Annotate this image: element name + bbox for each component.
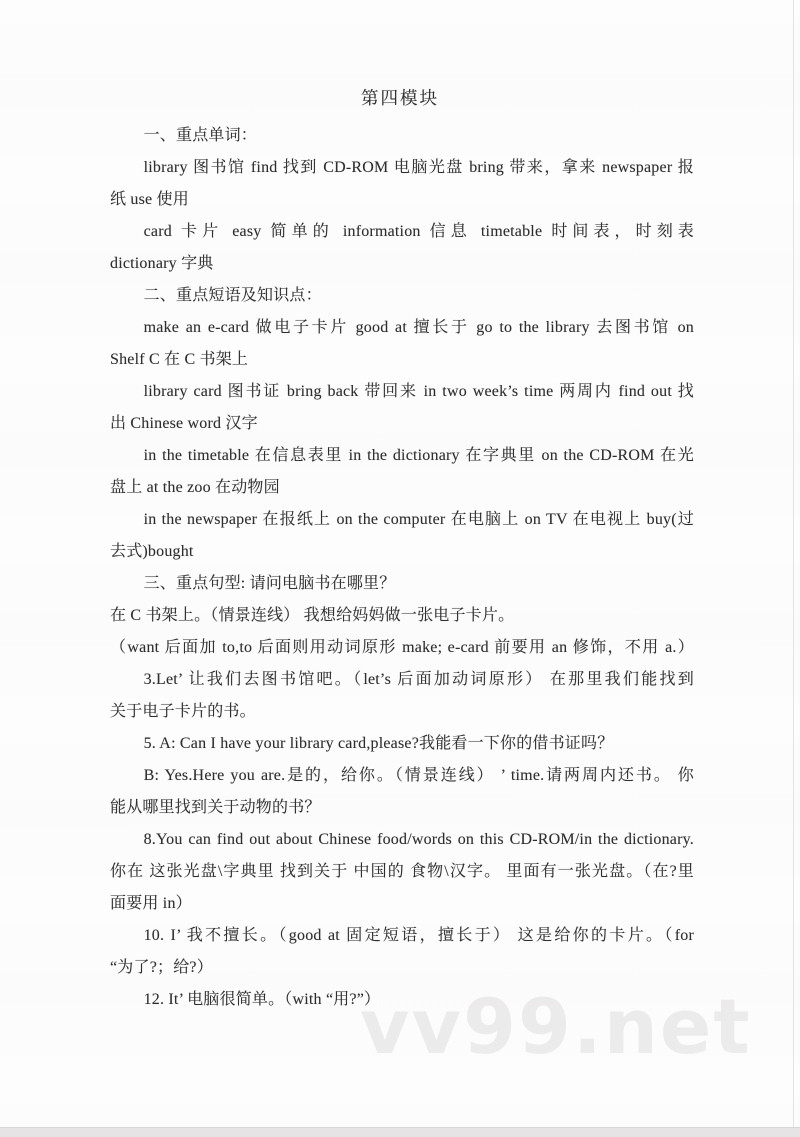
page-bottom-bar (0, 1127, 800, 1137)
text-line: make an e-card 做电子卡片 good at 擅长于 go to t… (110, 312, 694, 344)
text-line: 纸 use 使用 (110, 184, 694, 216)
text-line: in the timetable 在信息表里 in the dictionary… (110, 440, 694, 472)
document-body: 一、重点单词：library 图书馆 find 找到 CD-ROM 电脑光盘 b… (110, 120, 694, 1016)
document-page: vv99.net 第四模块 一、重点单词：library 图书馆 find 找到… (0, 0, 800, 1137)
text-line: 盘上 at the zoo 在动物园 (110, 472, 694, 504)
text-line: 5. A: Can I have your library card,pleas… (110, 728, 694, 760)
text-line: 二、重点短语及知识点： (110, 280, 694, 312)
text-line: 10. I’ 我不擅长。（good at 固定短语，擅长于） 这是给你的卡片。（… (110, 920, 694, 952)
text-line: 出 Chinese word 汉字 (110, 408, 694, 440)
text-line: 12. It’ 电脑很简单。（with “用?”） (110, 984, 694, 1016)
text-line: Shelf C 在 C 书架上 (110, 344, 694, 376)
text-line: 三、重点句型: 请问电脑书在哪里？ (110, 568, 694, 600)
document-title: 第四模块 (0, 0, 800, 110)
text-line: 关于电子卡片的书。 (110, 696, 694, 728)
text-line: 3.Let’ 让我们去图书馆吧。（let’s 后面加动词原形） 在那里我们能找到 (110, 664, 694, 696)
text-line: “为了?；给?） (110, 952, 694, 984)
text-line: 在 C 书架上。（情景连线） 我想给妈妈做一张电子卡片。 (110, 600, 694, 632)
text-line: 面要用 in） (110, 888, 694, 920)
text-line: （want 后面加 to,to 后面则用动词原形 make; e-card 前要… (110, 632, 694, 664)
text-line: 能从哪里找到关于动物的书？ (110, 792, 694, 824)
text-line: B: Yes.Here you are.是的，给你。（情景连线） ’ time.… (110, 760, 694, 792)
text-line: 你在 这张光盘\字典里 找到关于 中国的 食物\汉字。 里面有一张光盘。（在?里 (110, 856, 694, 888)
page-right-edge-line (793, 0, 794, 1128)
text-line: library card 图书证 bring back 带回来 in two w… (110, 376, 694, 408)
text-line: card 卡片 easy 简单的 information 信息 timetabl… (110, 216, 694, 248)
text-line: library 图书馆 find 找到 CD-ROM 电脑光盘 bring 带来… (110, 152, 694, 184)
text-line: 去式)bought (110, 536, 694, 568)
text-line: in the newspaper 在报纸上 on the computer 在电… (110, 504, 694, 536)
text-line: 8.You can find out about Chinese food/wo… (110, 824, 694, 856)
text-line: dictionary 字典 (110, 248, 694, 280)
text-line: 一、重点单词： (110, 120, 694, 152)
